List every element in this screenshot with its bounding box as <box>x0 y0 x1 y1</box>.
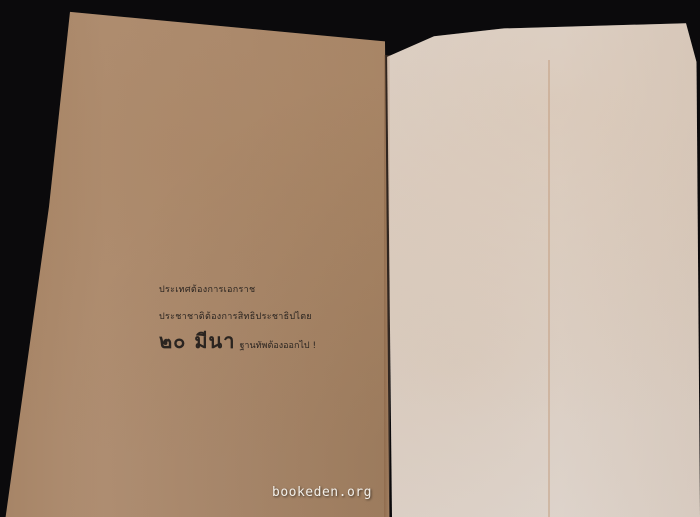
page-fold-crease <box>548 60 550 517</box>
watermark: bookeden.org <box>272 485 372 500</box>
text-line-independence: ประเทศต้องการเอกราช <box>159 282 316 296</box>
headline: ๒๐ มีนา ฐานทัพต้องออกไป ! <box>159 325 316 357</box>
headline-date: ๒๐ มีนา <box>159 325 235 357</box>
book-gutter <box>384 55 390 517</box>
text-line-democracy: ประชาชาติต้องการสิทธิประชาธิปไตย <box>159 309 316 323</box>
printed-text-block: ประเทศต้องการเอกราช ประชาชาติต้องการสิทธ… <box>159 282 316 357</box>
photo-scene: ประเทศต้องการเอกราช ประชาชาติต้องการสิทธ… <box>0 0 700 517</box>
headline-slogan: ฐานทัพต้องออกไป ! <box>239 338 316 352</box>
